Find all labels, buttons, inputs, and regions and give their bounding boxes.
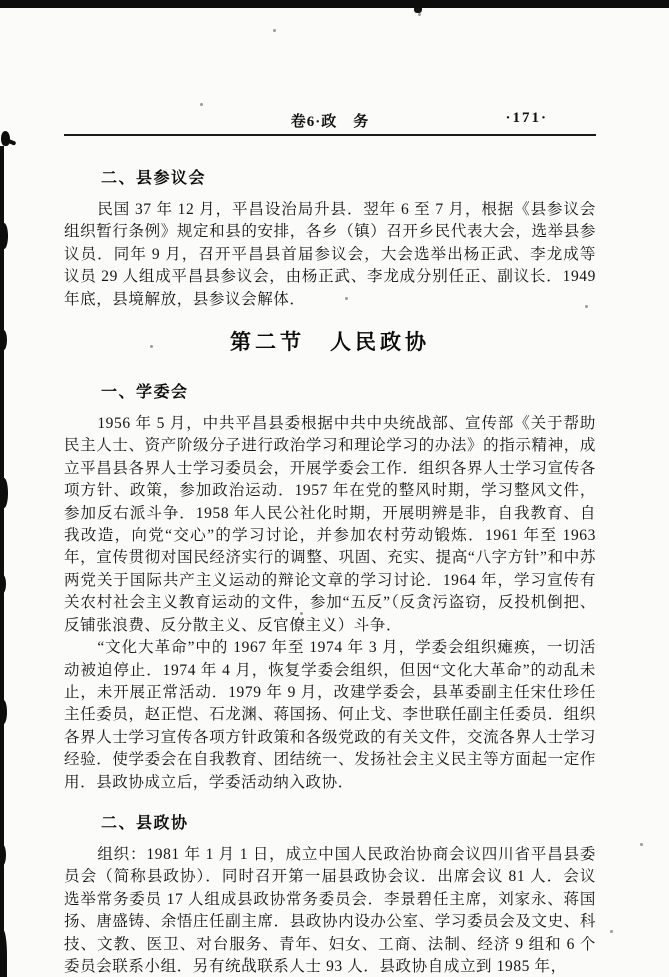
scan-speck xyxy=(610,930,613,933)
scan-artifact-blob xyxy=(0,845,6,865)
header-page-number: ·171· xyxy=(505,110,548,127)
scanned-gazetteer-page: 卷6·政 务 ·171· 二、县参议会 民国 37 年 12 月，平昌设治局升县… xyxy=(0,0,669,977)
scan-artifact-blob xyxy=(0,930,7,977)
paragraph-county-cppcc: 组织：1981 年 1 月 1 日，成立中国人民政治协商会议四川省平昌县委员会（… xyxy=(64,844,596,977)
scan-artifact-blob xyxy=(0,478,8,508)
scan-artifact-blob xyxy=(0,223,8,249)
paragraph-study-committee-2: “文化大革命”中的 1967 年至 1974 年 3 月，学委会组织瘫痪，一切活… xyxy=(64,637,596,794)
paragraph-study-committee-1: 1956 年 5 月，中共平昌县委根据中共中央统战部、宣传部《关于帮助民主人士、… xyxy=(64,413,596,637)
subsection-heading-study-committee: 一、学委会 xyxy=(64,379,596,402)
paragraph-county-senate: 民国 37 年 12 月，平昌设治局升县．翌年 6 至 7 月，根据《县参议会组… xyxy=(64,199,596,311)
running-header: 卷6·政 务 ·171· xyxy=(64,110,596,130)
subsection-heading-county-cppcc: 二、县政协 xyxy=(64,810,596,833)
scan-speck xyxy=(640,843,643,846)
section-title-peoples-cppcc: 第二节 人民政协 xyxy=(64,326,596,356)
page-content: 卷6·政 务 ·171· 二、县参议会 民国 37 年 12 月，平昌设治局升县… xyxy=(64,110,596,977)
scan-speck xyxy=(200,103,203,106)
scan-speck xyxy=(273,29,276,32)
scan-artifact-blob xyxy=(0,330,7,350)
header-rule xyxy=(64,134,596,136)
scan-artifact-top-bar xyxy=(0,0,669,8)
scan-artifact-blob xyxy=(0,575,6,593)
scan-artifact-blob xyxy=(0,700,7,724)
scan-speck xyxy=(418,13,421,16)
subsection-heading-county-senate: 二、县参议会 xyxy=(64,165,596,188)
